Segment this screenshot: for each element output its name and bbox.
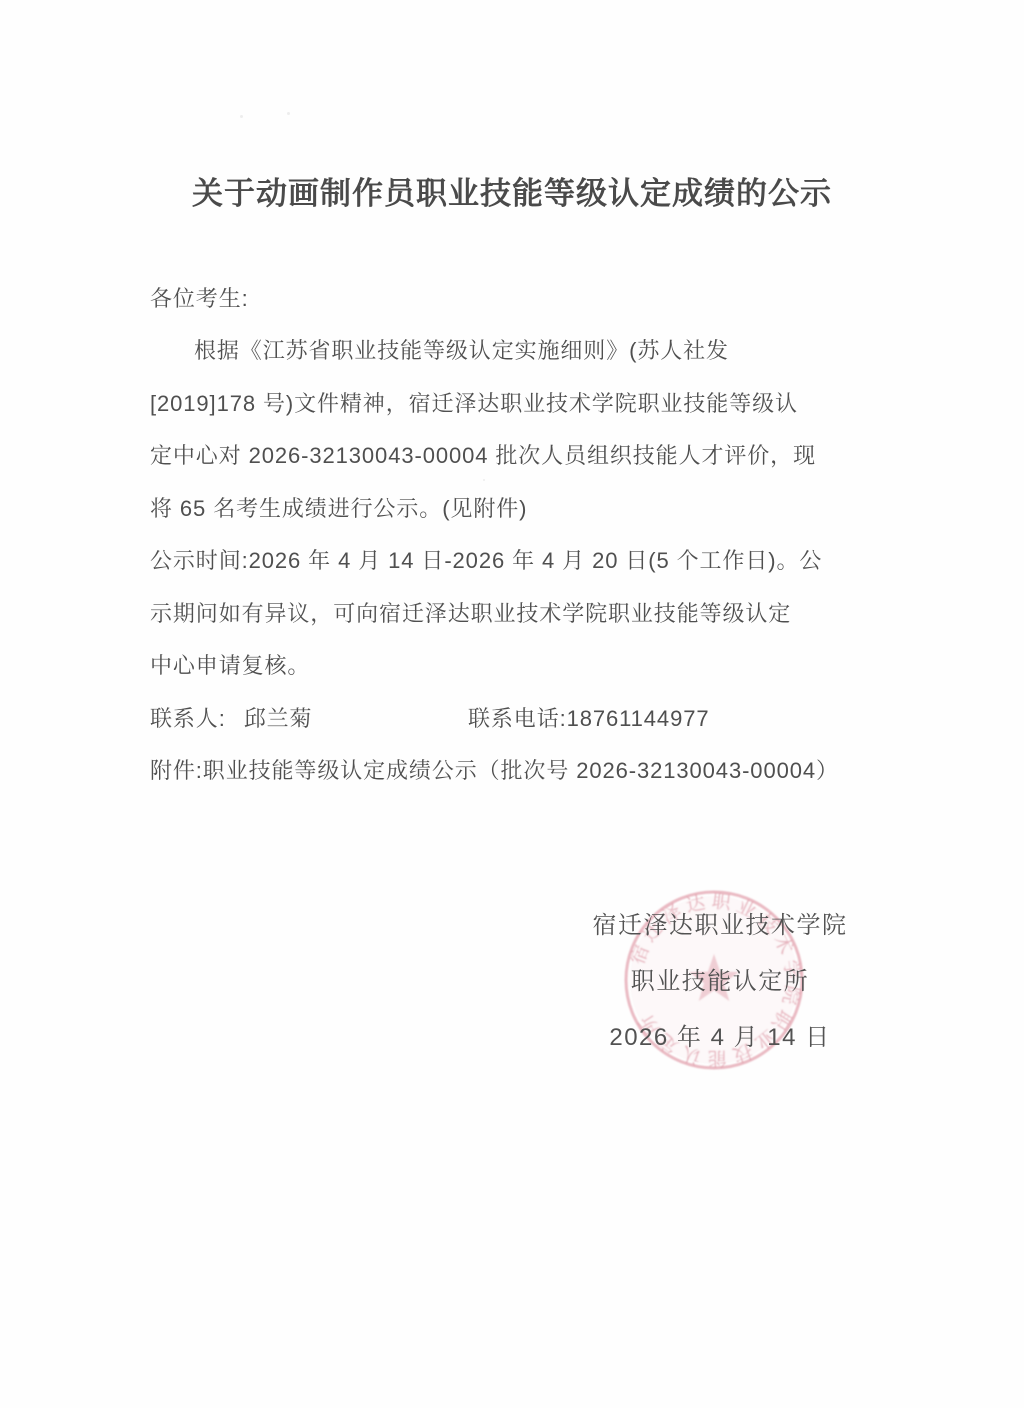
signature-block: 宿迁泽达职业技术学院 职业技能认定所 2026 年 4 月 14 日 xyxy=(520,898,920,1066)
body-line: [2019]178 号)文件精神，宿迁泽达职业技术学院职业技能等级认 xyxy=(150,376,866,429)
body-line: 公示时间:2026 年 4 月 14 日-2026 年 4 月 20 日(5 个… xyxy=(150,534,866,587)
body-line: 示期问如有异议，可向宿迁泽达职业技术学院职业技能等级认定 xyxy=(150,586,866,639)
scan-speck xyxy=(240,115,243,118)
document-title: 关于动画制作员职业技能等级认定成绩的公示 xyxy=(0,168,1024,213)
scan-speck xyxy=(483,479,485,481)
scanned-document-page: 关于动画制作员职业技能等级认定成绩的公示 各位考生: 根据《江苏省职业技能等级认… xyxy=(0,0,1024,1408)
body-line: 根据《江苏省职业技能等级认定实施细则》(苏人社发 xyxy=(150,324,866,377)
signature-org-line1: 宿迁泽达职业技术学院 xyxy=(520,898,920,954)
document-body: 各位考生: 根据《江苏省职业技能等级认定实施细则》(苏人社发 [2019]178… xyxy=(150,271,866,796)
body-line: 将 65 名考生成绩进行公示。(见附件) xyxy=(150,481,866,534)
signature-date: 2026 年 4 月 14 日 xyxy=(520,1010,920,1066)
contact-person-name: 邱兰菊 xyxy=(244,702,313,733)
salutation: 各位考生: xyxy=(150,271,866,324)
scan-speck xyxy=(287,112,290,115)
contact-phone: 联系电话:18761144977 xyxy=(468,702,709,733)
contact-person-label: 联系人: xyxy=(150,702,226,733)
scan-speck xyxy=(716,201,718,203)
contact-row: 联系人: 邱兰菊 联系电话:18761144977 xyxy=(150,691,866,744)
body-line: 中心申请复核。 xyxy=(150,639,866,692)
body-line: 定中心对 2026-32130043-00004 批次人员组织技能人才评价，现 xyxy=(150,429,866,482)
signature-org-line2: 职业技能认定所 xyxy=(520,954,920,1010)
attachment-line: 附件:职业技能等级认定成绩公示（批次号 2026-32130043-00004） xyxy=(150,744,866,797)
